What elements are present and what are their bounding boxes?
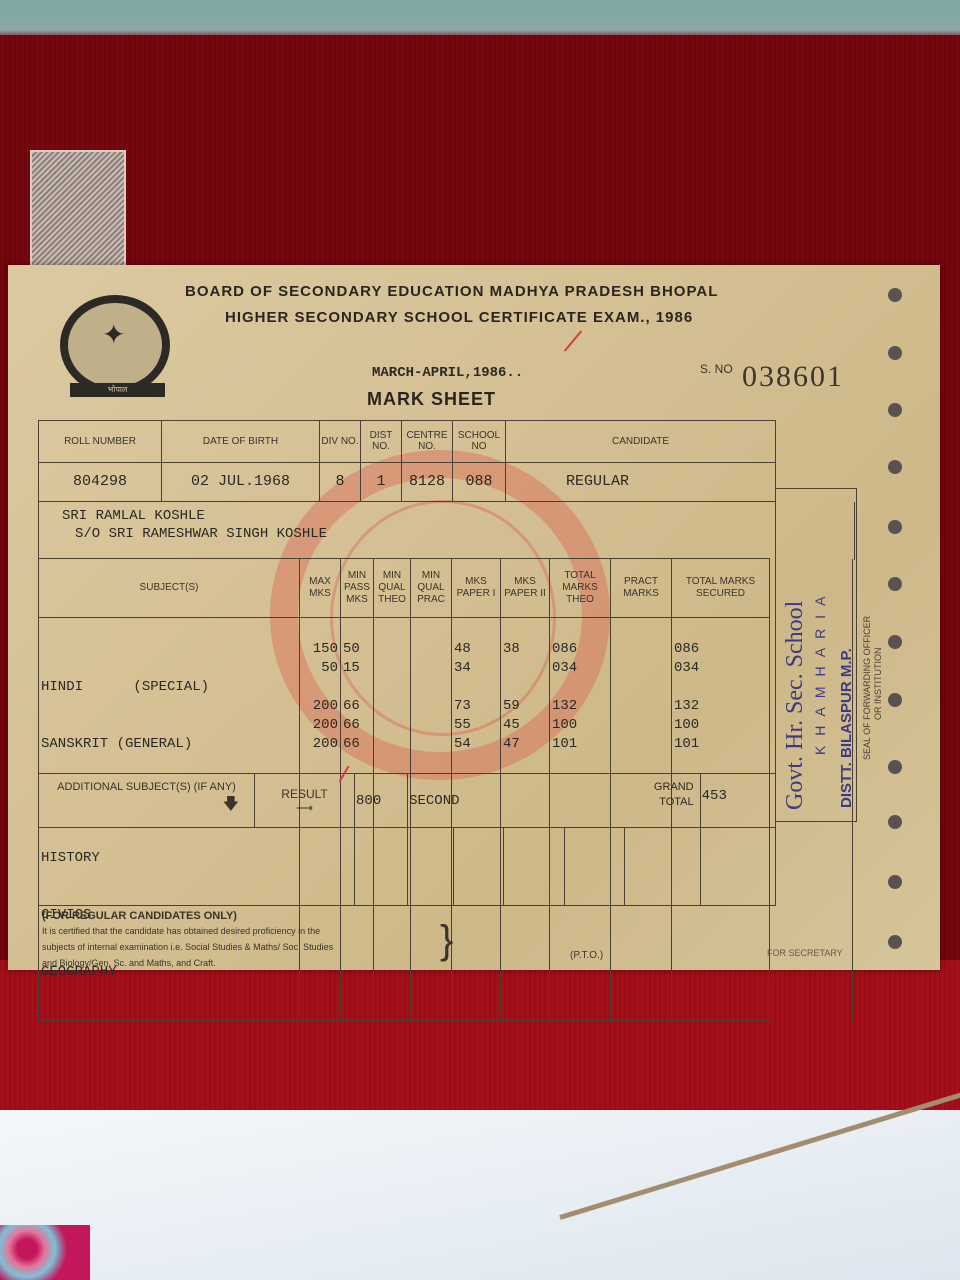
seal-caption: SEAL OF FORWARDING OFFICER bbox=[862, 616, 872, 760]
right-arrow-icon: ⟶ bbox=[256, 801, 353, 815]
p2-geography: 47 bbox=[503, 735, 547, 754]
min-qual-prac-header: MIN QUAL PRAC bbox=[411, 559, 452, 618]
emblem-caption: भोपाल bbox=[70, 383, 165, 397]
max-sanskrit: 50 bbox=[302, 659, 338, 678]
blank-additional-cell bbox=[39, 828, 355, 906]
blank-cell bbox=[564, 828, 624, 906]
max-total: 800 bbox=[355, 774, 408, 828]
theo-hindi: 086 bbox=[552, 640, 608, 659]
serial-number: 038601 bbox=[742, 360, 844, 394]
total-theo-header: TOTAL MARKS THEO bbox=[550, 559, 611, 618]
secured-civics: 100 bbox=[674, 716, 767, 735]
min-qual-theo-header: MIN QUAL THEO bbox=[374, 559, 411, 618]
roll-number-header: ROLL NUMBER bbox=[39, 421, 162, 463]
subject-hindi: HINDI (SPECIAL) bbox=[41, 678, 297, 697]
centre-no-header: CENTRE NO. bbox=[402, 421, 453, 463]
candidate-type: REGULAR bbox=[506, 462, 776, 502]
blank-cell bbox=[504, 828, 564, 906]
secured-geography: 101 bbox=[674, 735, 767, 754]
down-arrow-icon: 🡇 bbox=[40, 793, 253, 820]
regular-candidates-note: (FOR REGULAR CANDIDATES ONLY) bbox=[42, 910, 237, 922]
grand-total: 453 bbox=[700, 774, 775, 828]
centre-no: 8128 bbox=[402, 462, 453, 502]
p1-sanskrit: 34 bbox=[454, 659, 498, 678]
certification-line-3: and Biology/Gen. Sc. and Maths, and Craf… bbox=[42, 958, 216, 968]
p2-sanskrit bbox=[503, 659, 547, 678]
minpass-history: 66 bbox=[343, 697, 371, 716]
serial-label: S. NO bbox=[700, 362, 733, 376]
theo-history: 132 bbox=[552, 697, 608, 716]
mark-sheet-title: MARK SHEET bbox=[367, 389, 496, 410]
exam-session: MARCH-APRIL,1986.. bbox=[372, 365, 523, 381]
theo-civics: 100 bbox=[552, 716, 608, 735]
minpass-civics: 66 bbox=[343, 716, 371, 735]
pto-note: (P.T.O.) bbox=[570, 950, 603, 961]
blank-cell bbox=[408, 828, 454, 906]
emblem-star-icon: ✦ bbox=[102, 318, 125, 351]
grand-total-label: GRAND TOTAL bbox=[634, 780, 694, 810]
seal-school-name: Govt. Hr. Sec. School bbox=[782, 601, 809, 810]
board-title: BOARD OF SECONDARY EDUCATION MADHYA PRAD… bbox=[185, 283, 718, 300]
blank-cell bbox=[700, 828, 775, 906]
max-hindi: 150 bbox=[302, 640, 338, 659]
candidate-info-table: ROLL NUMBER DATE OF BIRTH DIV NO. DIST N… bbox=[38, 420, 776, 502]
certification-line-2: subjects of internal examination i.e. So… bbox=[42, 942, 333, 952]
seal-caption-2: OR INSTITUTION bbox=[873, 648, 883, 721]
additional-subjects-cell: ADDITIONAL SUBJECT(S) (IF ANY) 🡇 bbox=[39, 774, 255, 828]
minpass-hindi: 50 bbox=[343, 640, 371, 659]
max-marks-header: MAX MKS bbox=[300, 559, 341, 618]
school-no: 088 bbox=[453, 462, 506, 502]
p2-hindi: 38 bbox=[503, 640, 547, 659]
result-division-cell: SECOND GRAND TOTAL bbox=[408, 774, 701, 828]
max-geography: 200 bbox=[302, 735, 338, 754]
div-no-header: DIV NO. bbox=[320, 421, 361, 463]
blank-cell bbox=[355, 828, 408, 906]
certification-line-1: It is certified that the candidate has o… bbox=[42, 926, 320, 936]
candidate-parent-name: S/O SRI RAMESHWAR SINGH KOSHLE bbox=[75, 526, 327, 542]
p2-history: 59 bbox=[503, 697, 547, 716]
additional-subjects-label: ADDITIONAL SUBJECT(S) (IF ANY) bbox=[40, 781, 253, 793]
theo-geography: 101 bbox=[552, 735, 608, 754]
seal-village: K H A M H A R I A bbox=[812, 594, 828, 756]
total-secured-header: TOTAL MARKS SECURED bbox=[672, 559, 770, 618]
date-of-birth: 02 JUL.1968 bbox=[162, 462, 320, 502]
minpass-geography: 66 bbox=[343, 735, 371, 754]
brace-icon: } bbox=[440, 918, 453, 963]
min-pass-header: MIN PASS MKS bbox=[341, 559, 374, 618]
secured-history: 132 bbox=[674, 697, 767, 716]
seal-district: DISTT. BILASPUR M.P. bbox=[838, 648, 855, 808]
result-division: SECOND bbox=[409, 793, 459, 809]
minpass-sanskrit: 15 bbox=[343, 659, 371, 678]
secured-hindi: 086 bbox=[674, 640, 767, 659]
candidate-name: SRI RAMLAL KOSHLE bbox=[62, 508, 205, 524]
max-history: 200 bbox=[302, 697, 338, 716]
for-secretary-label: FOR SECRETARY bbox=[767, 948, 843, 958]
max-civics: 200 bbox=[302, 716, 338, 735]
secured-sanskrit: 034 bbox=[674, 659, 767, 678]
p1-civics: 55 bbox=[454, 716, 498, 735]
blank-cell bbox=[453, 828, 504, 906]
p1-hindi: 48 bbox=[454, 640, 498, 659]
roll-number: 804298 bbox=[39, 462, 162, 502]
subjects-header: SUBJECT(S) bbox=[39, 559, 300, 618]
p1-history: 73 bbox=[454, 697, 498, 716]
dob-header: DATE OF BIRTH bbox=[162, 421, 320, 463]
subject-sanskrit: SANSKRIT (GENERAL) bbox=[41, 735, 297, 754]
candidate-type-header: CANDIDATE bbox=[506, 421, 776, 463]
dist-no: 1 bbox=[361, 462, 402, 502]
school-no-header: SCHOOL NO bbox=[453, 421, 506, 463]
paper1-header: MKS PAPER I bbox=[452, 559, 501, 618]
patterned-cloth bbox=[0, 1225, 90, 1280]
p2-civics: 45 bbox=[503, 716, 547, 735]
div-no: 8 bbox=[320, 462, 361, 502]
result-table: ADDITIONAL SUBJECT(S) (IF ANY) 🡇 RESULT … bbox=[38, 773, 776, 906]
theo-sanskrit: 034 bbox=[552, 659, 608, 678]
pract-marks-header: PRACT MARKS bbox=[611, 559, 672, 618]
result-label: RESULT bbox=[256, 787, 353, 801]
blank-cell bbox=[625, 828, 700, 906]
p1-geography: 54 bbox=[454, 735, 498, 754]
dist-no-header: DIST NO. bbox=[361, 421, 402, 463]
exam-title: HIGHER SECONDARY SCHOOL CERTIFICATE EXAM… bbox=[225, 309, 693, 326]
paper2-header: MKS PAPER II bbox=[501, 559, 550, 618]
